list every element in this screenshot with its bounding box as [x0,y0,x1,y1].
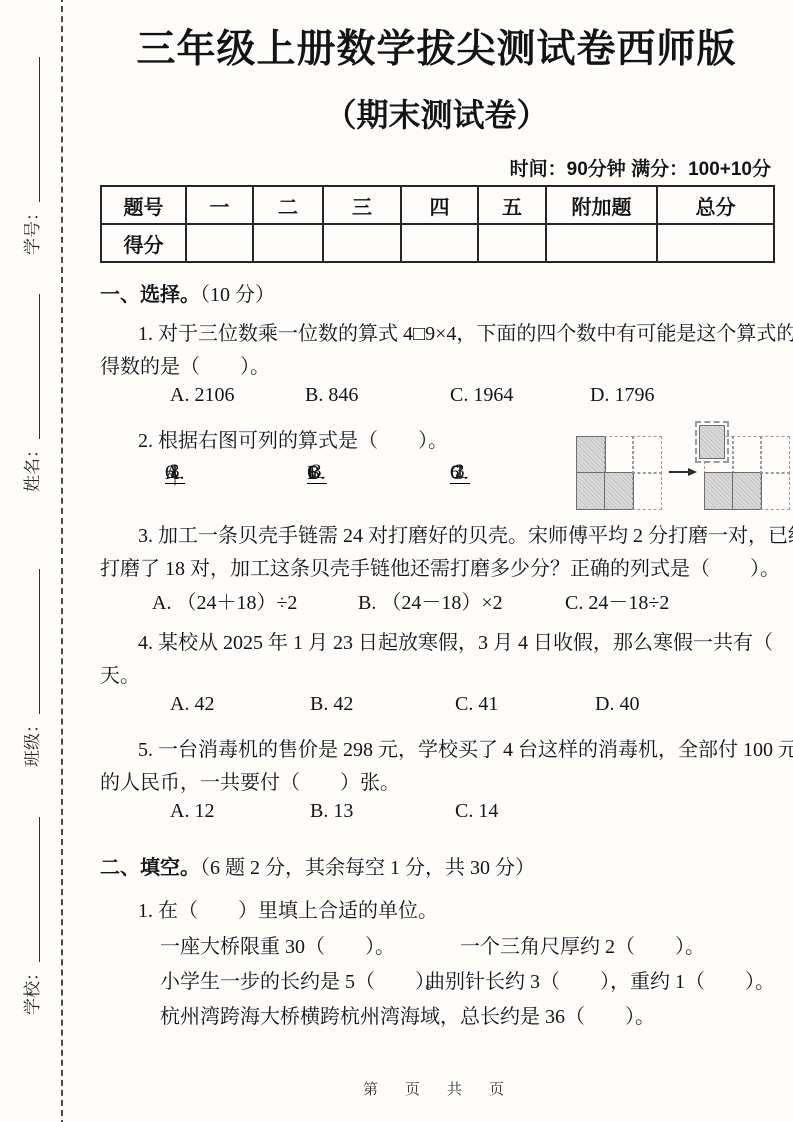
q1-option-d: D. 1796 [590,384,654,407]
score-table-score-row: 得分 [101,224,774,262]
section-2-heading: 二、填空。（6 题 2 分，其余每空 1 分，共 30 分） [100,851,773,885]
q1-options: A. 2106 B. 846 C. 1964 D. 1796 [100,384,773,417]
q3-options: A. （24＋18）÷2 B. （24－18）×2 C. 24－18÷2 [100,586,773,619]
seal-field-name: 姓名： [19,292,45,492]
score-header-cell: 附加题 [546,186,657,224]
empty-cell [632,472,662,510]
score-table-header-row: 题号 一 二 三 四 五 附加题 总分 [101,186,774,224]
name-label: 姓名： [21,441,45,492]
class-blank-line [38,569,40,714]
q2-fraction-diagram [577,431,773,517]
page-subtitle: （期末测试卷） [100,90,773,136]
q4-text-line1: 4. 某校从 2025 年 1 月 23 日起放寒假，3 月 4 日收假，那么寒… [100,627,773,660]
score-header-cell: 二 [253,186,323,224]
fill-q1-row1: 一座大桥限重 30（ ）。 一个三角尺厚约 2（ ）。 [100,930,773,965]
fill-q1-item-paperclip: 曲别针长约 3（ ），重约 1（ ）。 [425,965,775,994]
empty-cell [732,436,762,474]
empty-cell [632,436,662,474]
score-empty-cell [401,224,478,262]
name-blank-line [38,294,40,439]
q3-option-c: C. 24－18÷2 [565,586,669,615]
q1-text-line2: 得数的是（ ）。 [100,351,773,384]
empty-cell [760,472,790,510]
q5-options: A. 12 B. 13 C. 14 [100,800,773,833]
q4-option-c: C. 41 [455,693,498,716]
score-header-cell: 三 [323,186,401,224]
fill-q1-row3: 杭州湾跨海大桥横跨杭州湾海域，总长约是 36（ ）。 [100,1000,773,1035]
q3-text-line2: 打磨了 18 对，加工这条贝壳手链他还需打磨多少分？正确的列式是（ ）。 [100,553,773,586]
student-number-blank-line [38,57,40,202]
q1-option-c: C. 1964 [450,384,513,407]
test-paper-page: 学号： 姓名： 班级： 学校： 三年级上册数学拔尖测试卷西师版 （期末测试卷） … [0,0,793,1122]
section-1-title: 一、选择。 [100,284,200,306]
q5-option-c: C. 14 [455,800,498,823]
q4-text-line2: 天。 [100,660,773,693]
q2-block: 2. 根据右图可列的算式是（ ）。 A. 36 ＋ 16 B. 1 － 36 C… [100,425,773,512]
score-empty-cell [186,224,253,262]
seal-field-student-number: 学号： [19,55,45,255]
section-2-points: （6 题 2 分，其余每空 1 分，共 30 分） [200,857,535,879]
page-title: 三年级上册数学拔尖测试卷西师版 [100,18,773,74]
score-empty-cell [546,224,657,262]
fill-q1-item-ruler-thickness: 一个三角尺厚约 2（ ）。 [460,930,705,959]
empty-cell [604,436,634,474]
q5-text-line1: 5. 一台消毒机的售价是 298 元，学校买了 4 台这样的消毒机，全部付 10… [100,734,773,767]
q1-option-b: B. 846 [305,384,358,407]
score-header-cell: 总分 [657,186,774,224]
q3-option-a: A. （24＋18）÷2 [152,586,297,615]
score-empty-cell [253,224,323,262]
q1-option-a: A. 2106 [170,384,234,407]
score-empty-cell [478,224,546,262]
seal-field-school: 学校： [19,815,45,1015]
seal-dashed-line [61,0,63,1122]
section-2-title: 二、填空。 [100,857,200,879]
score-header-cell: 一 [186,186,253,224]
seal-field-class: 班级： [19,567,45,767]
removed-piece [699,425,725,459]
fill-q1-item-step-length: 小学生一步的长约是 5（ ）。 [160,965,445,994]
shaded-cell [704,472,734,510]
q5-option-a: A. 12 [170,800,214,823]
score-header-cell: 五 [478,186,546,224]
score-row-label: 得分 [101,224,186,262]
time-and-score-info: 时间：90分钟 满分：100+10分 [100,154,771,181]
section-1-points: （10 分） [200,284,275,306]
fill-q1-text: 1. 在（ ）里填上合适的单位。 [100,895,773,928]
fill-q1-item-bridge-weight: 一座大桥限重 30（ ）。 [160,930,395,959]
empty-cell [760,436,790,474]
score-table: 题号 一 二 三 四 五 附加题 总分 得分 [100,185,775,263]
class-label: 班级： [21,716,45,767]
section-1-heading: 一、选择。（10 分） [100,278,773,312]
school-label: 学校： [21,964,45,1015]
arrow-right-icon [669,471,695,473]
q4-option-d: D. 40 [595,693,639,716]
score-empty-cell [657,224,774,262]
shaded-cell [732,472,762,510]
q5-text-line2: 的人民币，一共要付（ ）张。 [100,767,773,800]
school-blank-line [38,817,40,962]
q3-text-line1: 3. 加工一条贝壳手链需 24 对打磨好的贝壳。宋师傅平均 2 分打磨一对，已经 [100,520,773,553]
fill-q1-row2: 小学生一步的长约是 5（ ）。 曲别针长约 3（ ），重约 1（ ）。 [100,965,773,1000]
q4-options: A. 42 B. 42 C. 41 D. 40 [100,693,773,726]
fraction-grid-before [577,437,661,509]
q4-option-b: B. 42 [310,693,353,716]
page-footer: 第 页 共 页 [100,1078,773,1099]
student-number-label: 学号： [21,204,45,255]
fill-q1-item-hangzhou-bridge: 杭州湾跨海大桥横跨杭州湾海域，总长约是 36（ ）。 [160,1000,655,1029]
q4-option-a: A. 42 [170,693,214,716]
shaded-cell [576,436,606,474]
score-header-cell: 四 [401,186,478,224]
shaded-cell [604,472,634,510]
score-header-cell: 题号 [101,186,186,224]
shaded-cell [576,472,606,510]
q1-text-line1: 1. 对于三位数乘一位数的算式 4□9×4，下面的四个数中有可能是这个算式的 [100,318,773,351]
score-empty-cell [323,224,401,262]
q3-option-b: B. （24－18）×2 [358,586,503,615]
q5-option-b: B. 13 [310,800,353,823]
